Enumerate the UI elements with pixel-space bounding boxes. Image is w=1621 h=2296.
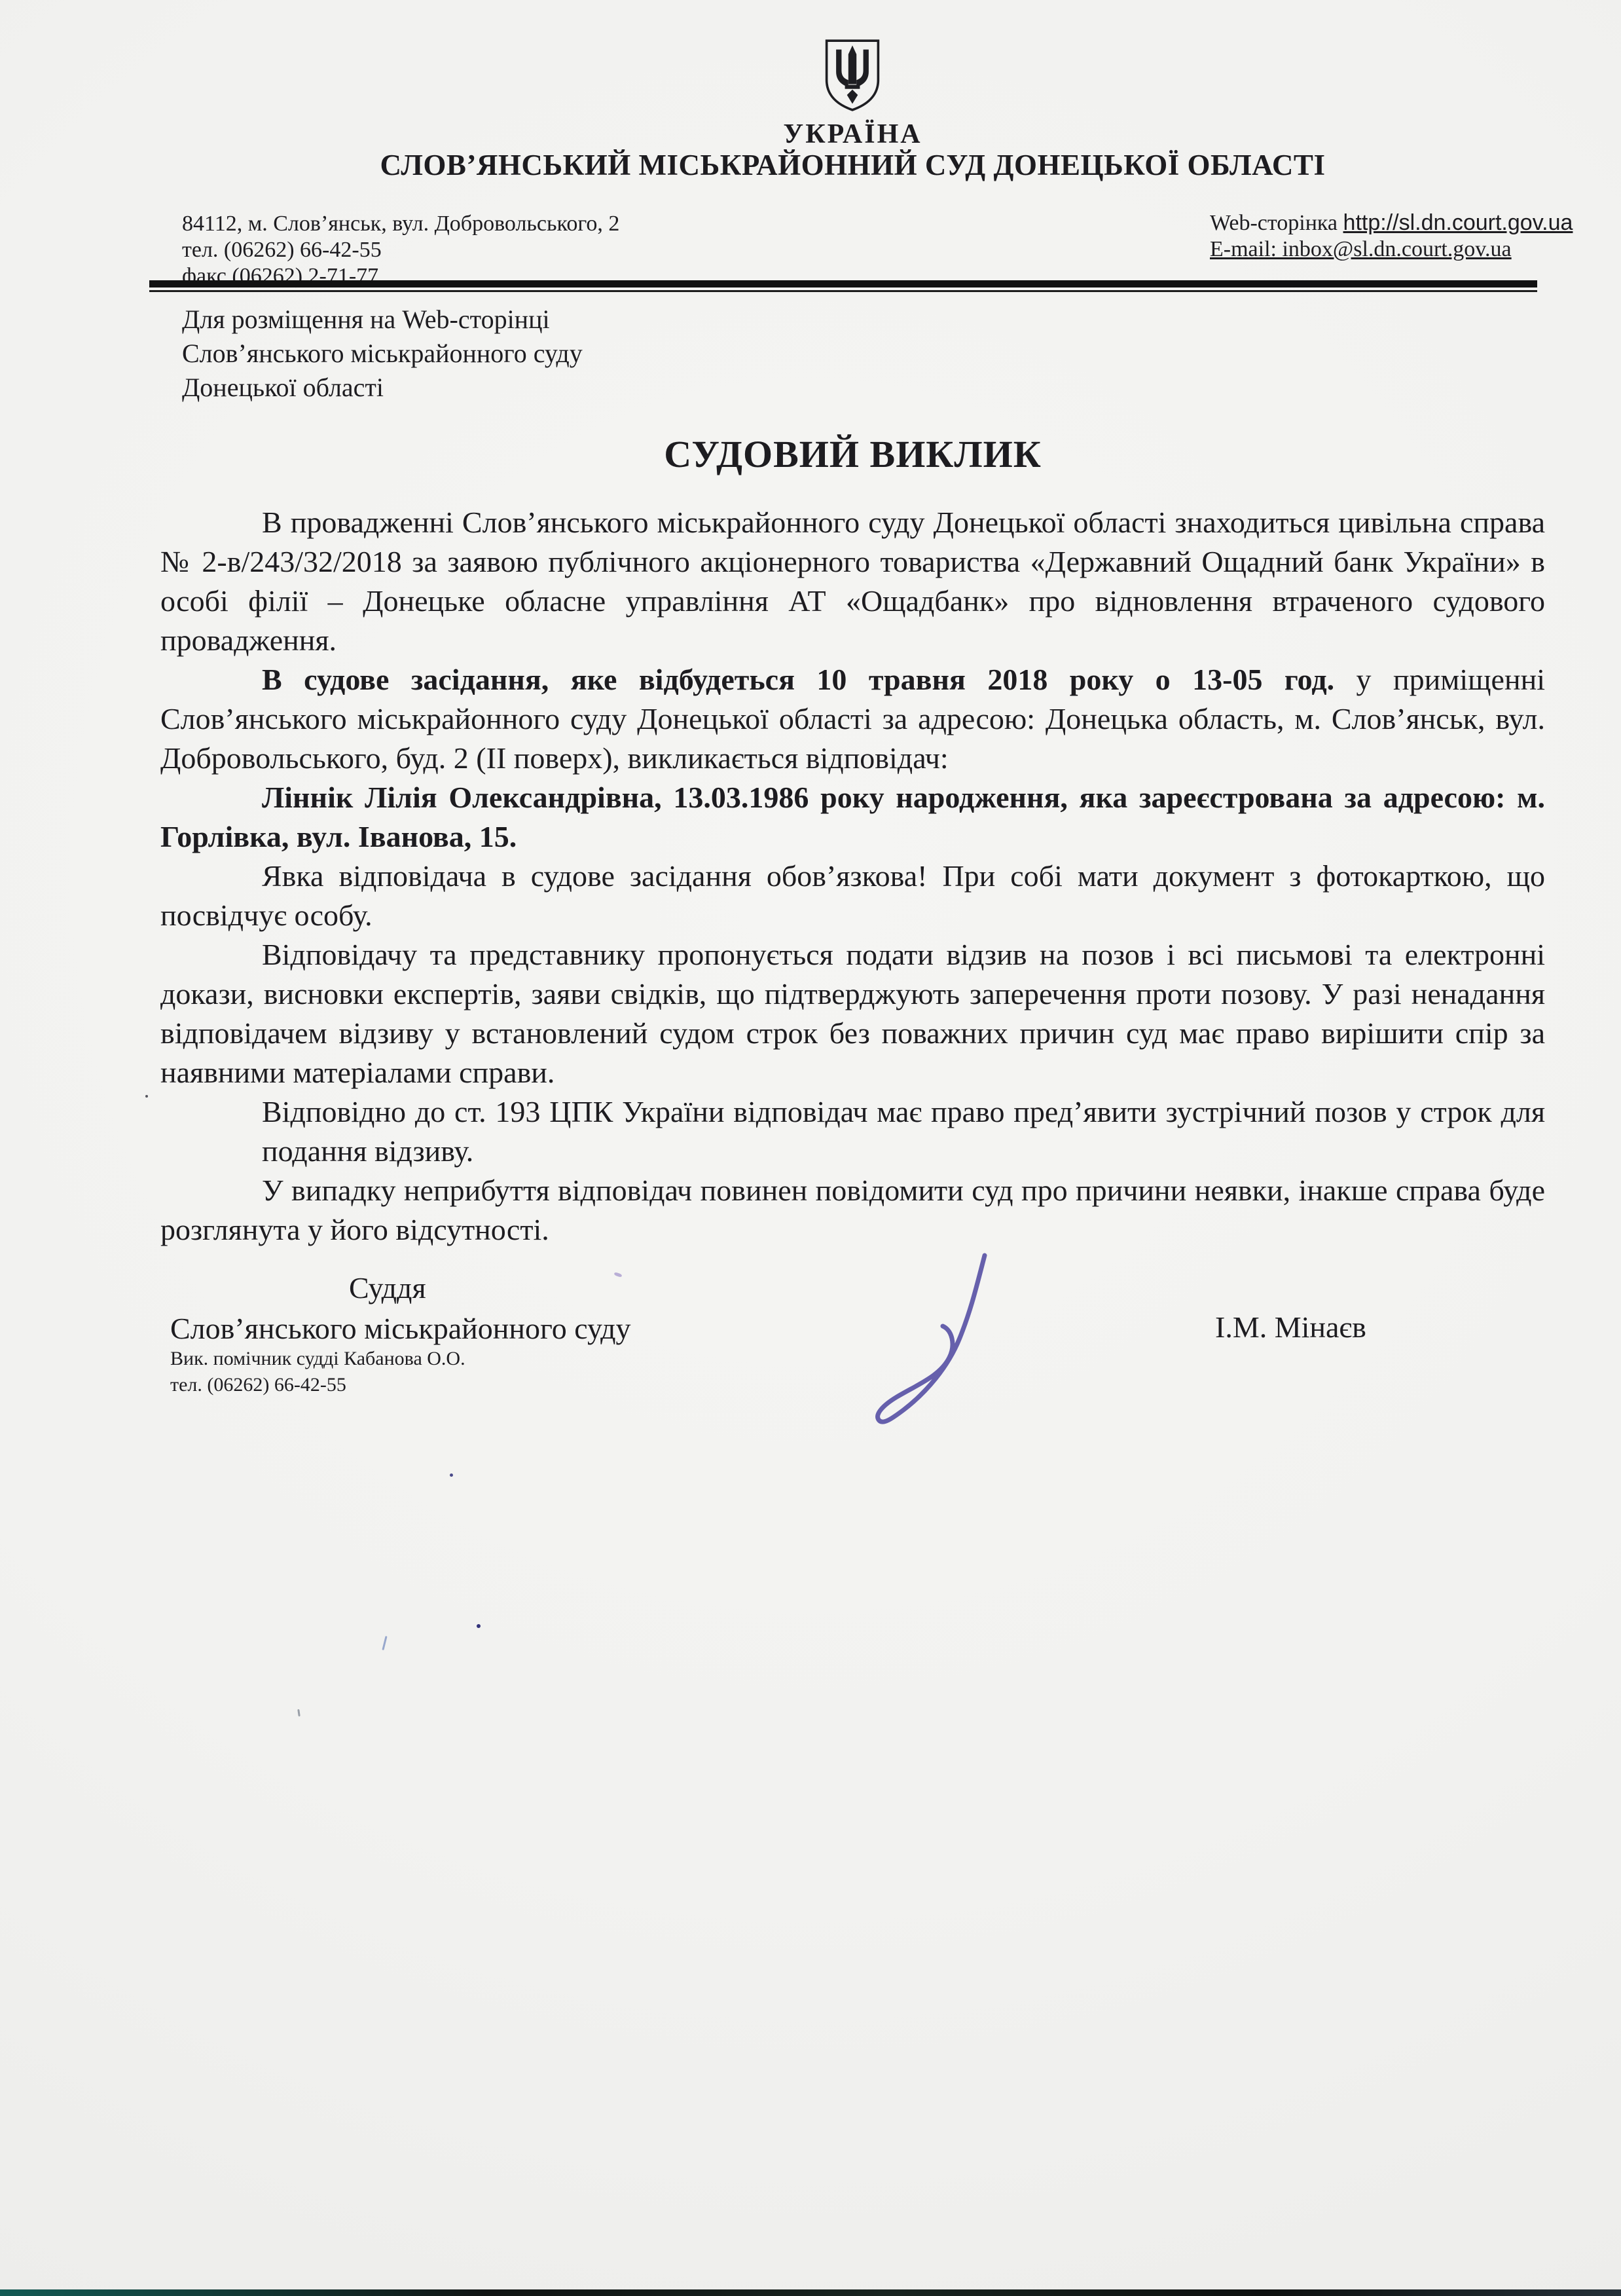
clerk-name-line: Вик. помічник судді Кабанова О.О. [170, 1348, 465, 1370]
ink-speck [450, 1473, 453, 1477]
judge-signature-ink [845, 1248, 1047, 1437]
ink-speck [477, 1624, 481, 1628]
court-address-block: 84112, м. Слов’янськ, вул. Добровольсько… [182, 211, 619, 289]
note-line: Для розміщення на Web-сторінці [182, 303, 583, 337]
web-url: http://sl.dn.court.gov.ua [1343, 210, 1573, 235]
ink-speck [382, 1636, 387, 1650]
email-line: E-mail: inbox@sl.dn.court.gov.ua [1210, 236, 1573, 263]
address-line: 84112, м. Слов’янськ, вул. Добровольсько… [182, 211, 619, 237]
court-web-contacts: Web-сторінка http://sl.dn.court.gov.ua E… [1210, 210, 1573, 263]
web-line: Web-сторінка http://sl.dn.court.gov.ua [1210, 210, 1573, 236]
paragraph-counterclaim: Відповідно до ст. 193 ЦПК України відпов… [262, 1092, 1545, 1171]
scanned-court-summons-page: УКРАЇНА СЛОВ’ЯНСЬКИЙ МІСЬКРАЙОННИЙ СУД Д… [0, 0, 1621, 2296]
clerk-phone-line: тел. (06262) 66-42-55 [170, 1374, 346, 1396]
web-label: Web-сторінка [1210, 211, 1343, 235]
document-title: СУДОВИЙ ВИКЛИК [160, 432, 1545, 476]
ink-speck [297, 1709, 301, 1716]
note-line: Слов’янського міськрайонного суду [182, 337, 583, 371]
paragraph-defendant-name: Ліннік Лілія Олександрівна, 13.03.1986 р… [160, 778, 1545, 857]
document-body: В провадженні Слов’янського міськрайонно… [160, 503, 1545, 1250]
header-divider-thick [149, 280, 1537, 287]
paragraph-absence: У випадку неприбуття відповідач повинен … [160, 1171, 1545, 1250]
scan-edge-artifact [0, 2289, 1621, 2296]
hearing-date-bold: В судове засідання, яке відбудеться 10 т… [262, 663, 1334, 696]
web-placement-note: Для розміщення на Web-сторінці Слов’янсь… [182, 303, 583, 405]
paragraph-response: Відповідачу та представнику пропонується… [160, 935, 1545, 1092]
ink-speck [614, 1272, 623, 1278]
header-divider-thin [149, 290, 1537, 292]
ukraine-trident-emblem-icon [822, 38, 883, 113]
court-name: СЛОВ’ЯНСЬКИЙ МІСЬКРАЙОННИЙ СУД ДОНЕЦЬКОЇ… [160, 148, 1545, 182]
phone-line: тел. (06262) 66-42-55 [182, 237, 619, 263]
paragraph-hearing-info: В судове засідання, яке відбудеться 10 т… [160, 660, 1545, 778]
paragraph-case-info: В провадженні Слов’янського міськрайонно… [160, 503, 1545, 660]
judge-role-line1: Суддя [349, 1270, 426, 1305]
judge-role-line2: Слов’янського міськрайонного суду [170, 1311, 631, 1346]
paragraph-attendance: Явка відповідача в судове засідання обов… [160, 857, 1545, 935]
ink-speck [145, 1095, 148, 1098]
note-line: Донецької області [182, 371, 583, 405]
country-name: УКРАЇНА [160, 119, 1545, 150]
judge-name: І.М. Мінаєв [1215, 1310, 1366, 1344]
